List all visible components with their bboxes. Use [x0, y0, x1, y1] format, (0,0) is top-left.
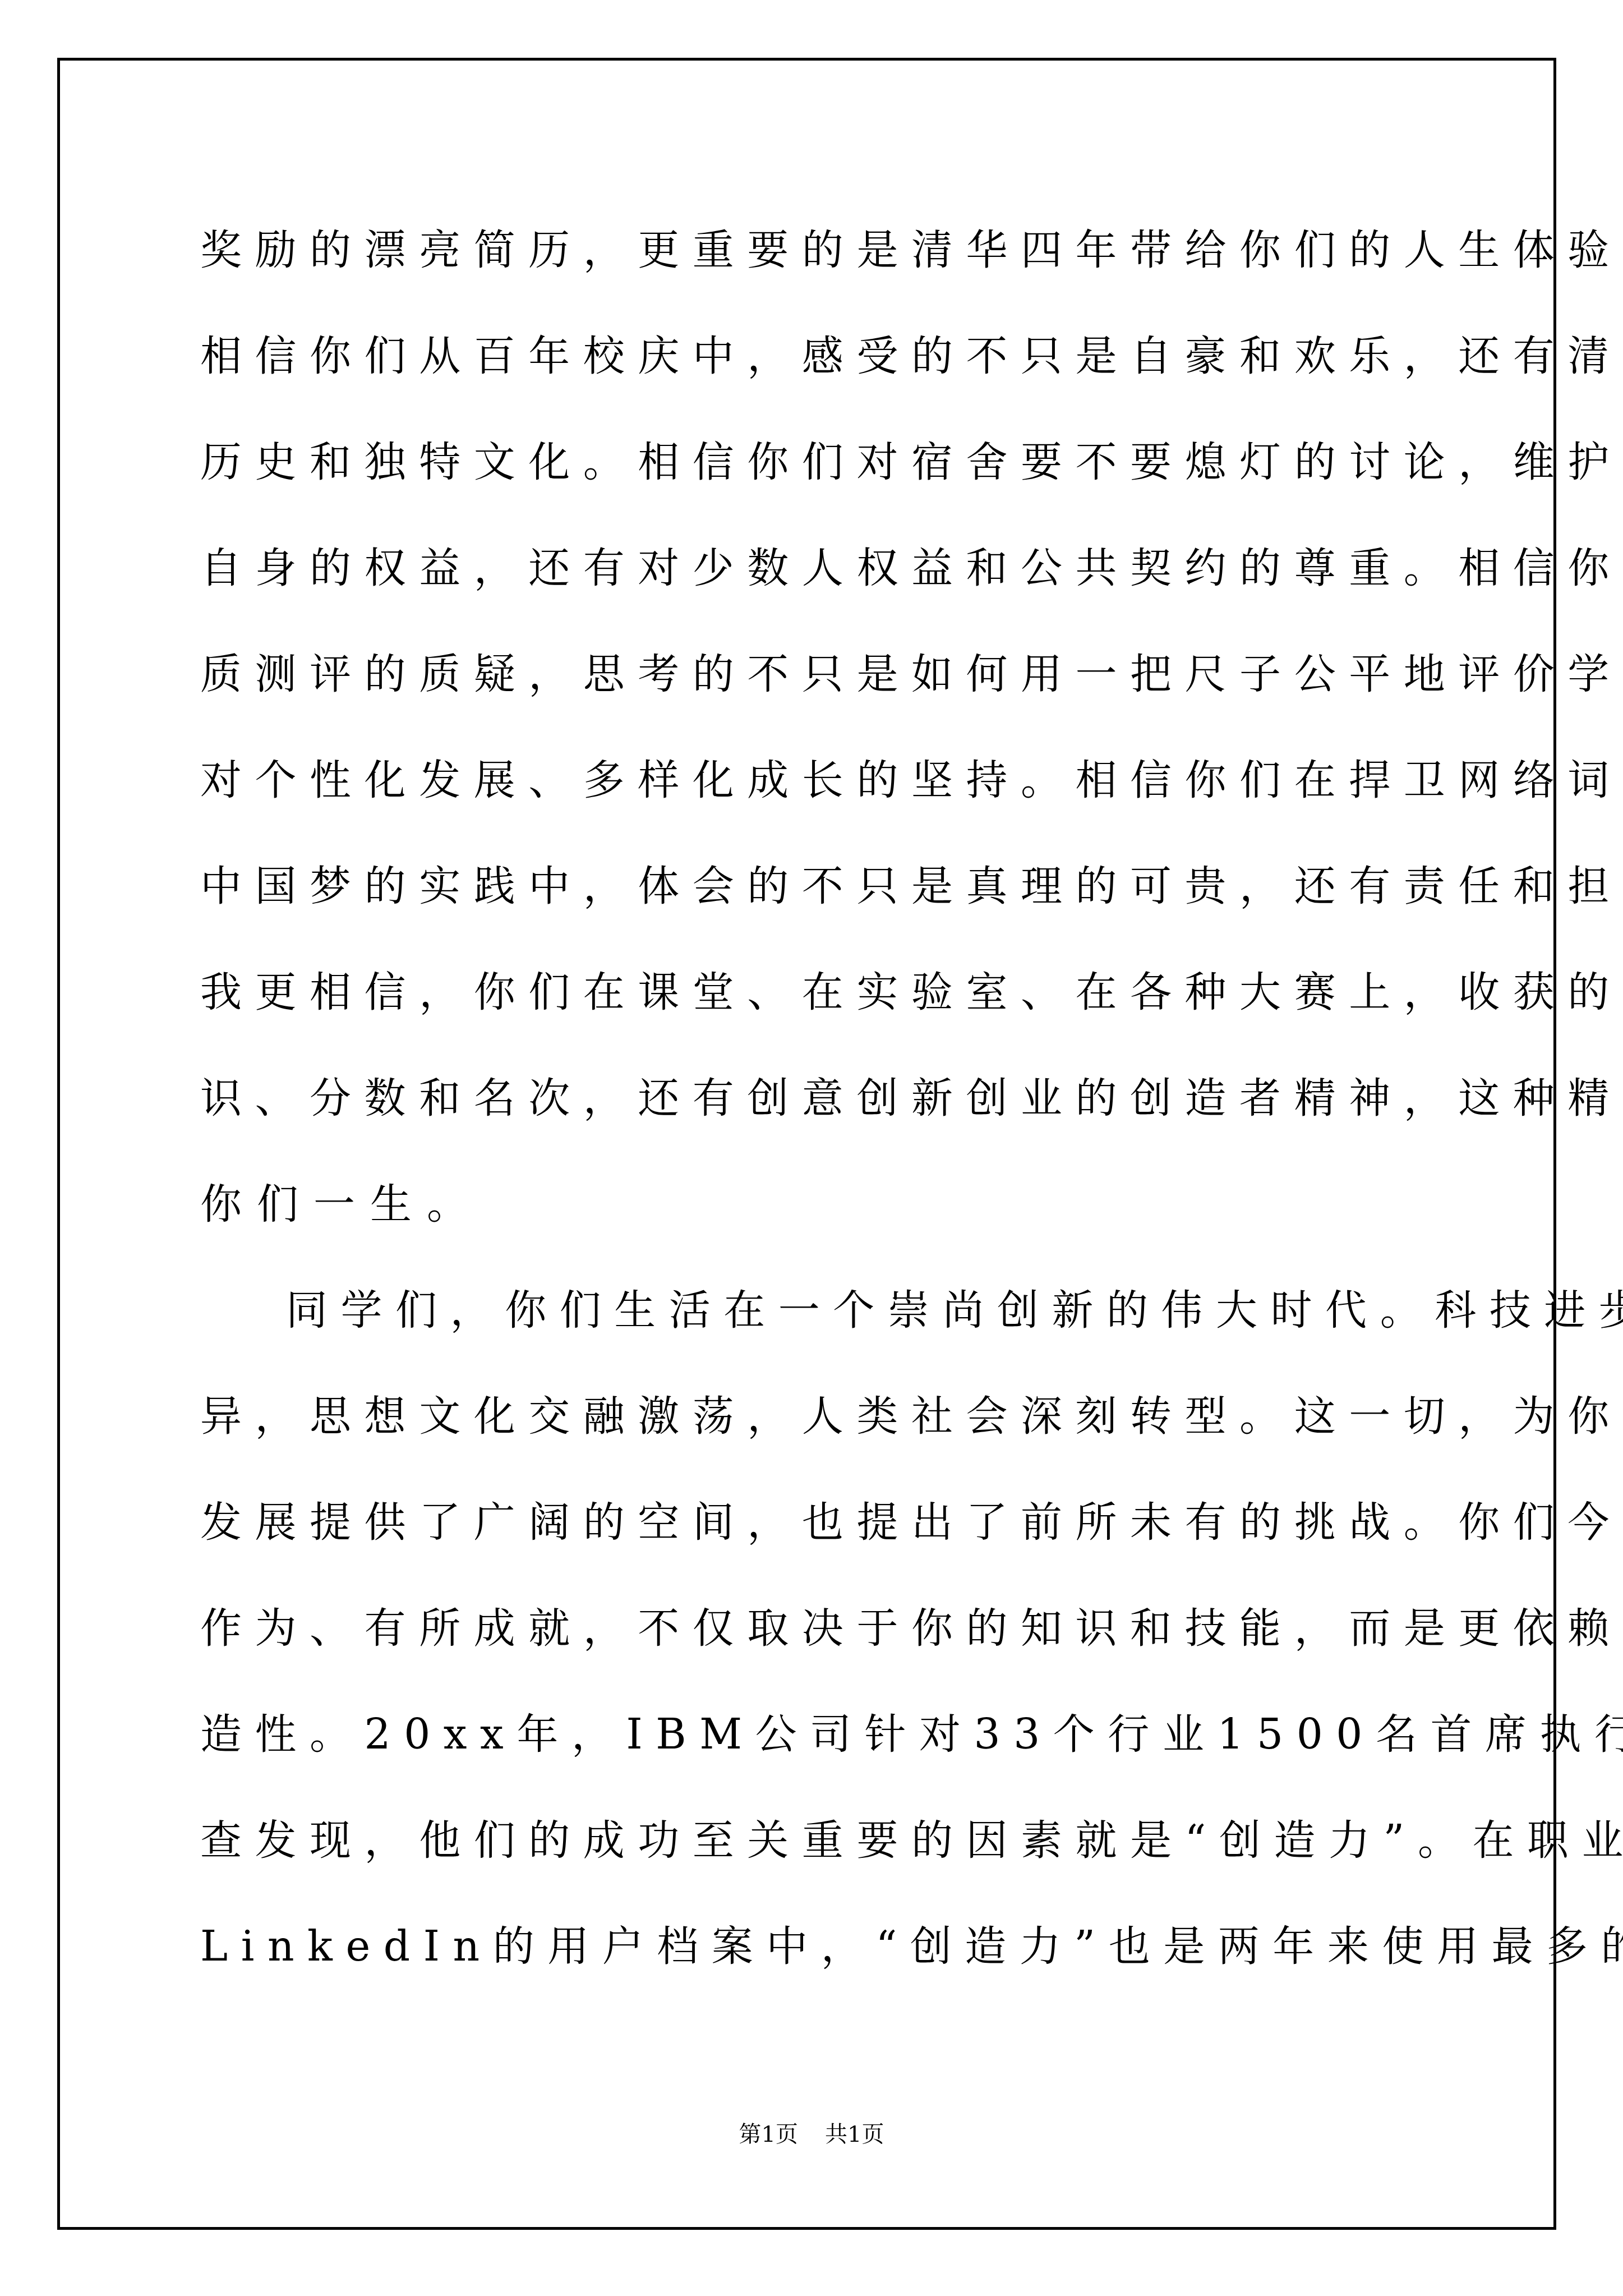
text-line: 相 信 你 们 从 百 年 校 庆 中 ， 感 受 的 不 只 是 自 豪 和 … [200, 328, 1423, 384]
text-line: 自 身 的 权 益 ， 还 有 对 少 数 人 权 益 和 公 共 契 约 的 … [200, 540, 1423, 596]
text-line: 历 史 和 独 特 文 化 。 相 信 你 们 对 宿 舍 要 不 要 熄 灯 … [200, 434, 1423, 490]
text-line: 查 发 现 ， 他 们 的 成 功 至 关 重 要 的 因 素 就 是 “ 创 … [200, 1812, 1423, 1869]
text-line: 同 学 们 ， 你 们 生 活 在 一 个 崇 尚 创 新 的 伟 大 时 代 … [286, 1282, 1423, 1338]
page-count: 共1页 [825, 2118, 884, 2151]
text-line: 中 国 梦 的 实 践 中 ， 体 会 的 不 只 是 真 理 的 可 贵 ， … [200, 858, 1423, 914]
text-line: 识 、 分 数 和 名 次 ， 还 有 创 意 创 新 创 业 的 创 造 者 … [200, 1070, 1423, 1126]
text-line: 异 ， 思 想 文 化 交 融 激 荡 ， 人 类 社 会 深 刻 转 型 。 … [200, 1388, 1423, 1444]
page-footer: 第1页共1页 [0, 2118, 1623, 2151]
text-line: 发 展 提 供 了 广 阔 的 空 间 ， 也 提 出 了 前 所 未 有 的 … [200, 1494, 1423, 1550]
text-line: L i n k e d I n 的 用 户 档 案 中 ， “ 创 造 力 ” … [200, 1918, 1423, 1975]
text-line: 质 测 评 的 质 疑 ， 思 考 的 不 只 是 如 何 用 一 把 尺 子 … [200, 646, 1423, 702]
text-line: 你们一生。 [200, 1176, 1423, 1232]
text-line: 我 更 相 信 ， 你 们 在 课 堂 、 在 实 验 室 、 在 各 种 大 … [200, 964, 1423, 1020]
text-line: 对 个 性 化 发 展 、 多 样 化 成 长 的 坚 持 。 相 信 你 们 … [200, 752, 1423, 808]
text-line: 奖 励 的 漂 亮 简 历 ， 更 重 要 的 是 清 华 四 年 带 给 你 … [200, 222, 1423, 278]
text-line: 作 为 、 有 所 成 就 ， 不 仅 取 决 于 你 的 知 识 和 技 能 … [200, 1600, 1423, 1657]
text-line: 造 性 。 2 0 x x 年 ， I B M 公 司 针 对 3 3 个 行 … [200, 1706, 1423, 1763]
page-number: 第1页 [739, 2118, 798, 2151]
